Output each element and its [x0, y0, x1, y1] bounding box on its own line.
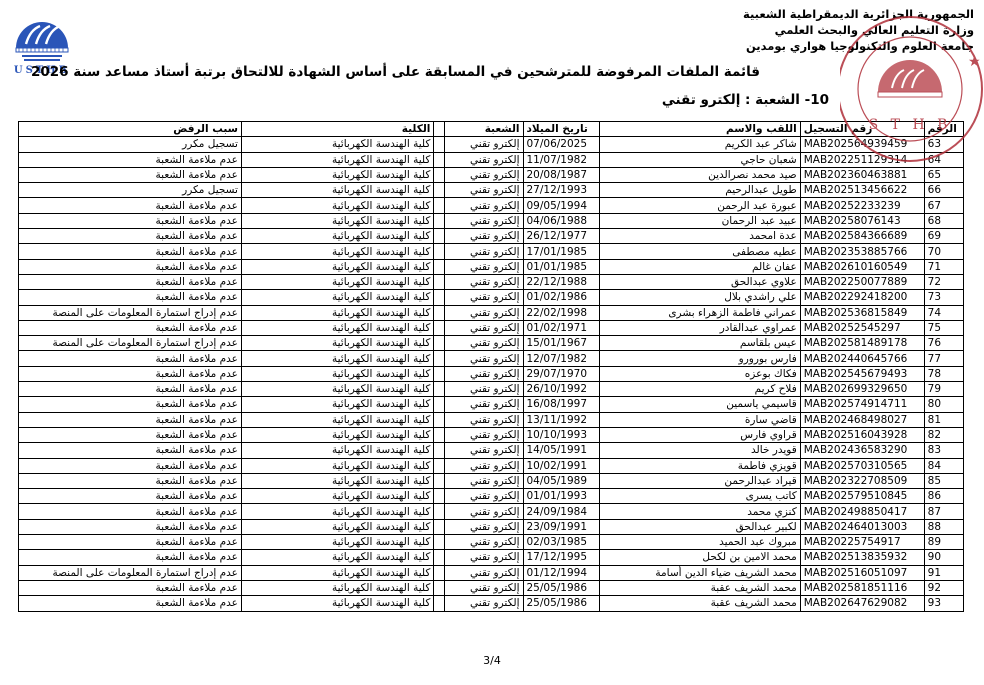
cell-number: 69 [924, 229, 963, 244]
cell-branch: إلكترو تقني [445, 290, 523, 305]
table-row: 87MAB202498850417كنزي محمد24/09/1984إلكت… [19, 504, 964, 519]
col-header-faculty: الكلية [241, 122, 433, 137]
document-title: قائمة الملفات المرفوضة للمترشحين في المس… [200, 64, 760, 80]
table-row: 84MAB202570310565قويزي فاطمة10/02/1991إل… [19, 458, 964, 473]
cell-spacer [434, 519, 445, 534]
cell-birthdate: 26/10/1992 [523, 382, 599, 397]
cell-spacer [434, 489, 445, 504]
cell-registration: MAB202584366689 [800, 229, 924, 244]
cell-name: كاتب يسرى [599, 489, 800, 504]
cell-spacer [434, 565, 445, 580]
cell-reason: عدم ملاءمة الشعبة [19, 550, 242, 565]
table-row: 78MAB202545679493فكاك بوعزه29/07/1970إلك… [19, 366, 964, 381]
cell-name: علاوي عبدالحق [599, 274, 800, 289]
cell-registration: MAB202536815849 [800, 305, 924, 320]
cell-number: 73 [924, 290, 963, 305]
cell-spacer [434, 473, 445, 488]
cell-birthdate: 27/12/1993 [523, 183, 599, 198]
header-line-ministry: وزارة التعليم العالي والبحث العلمي [743, 22, 974, 38]
cell-faculty: كلية الهندسة الكهربائية [241, 443, 433, 458]
cell-birthdate: 17/01/1985 [523, 244, 599, 259]
cell-branch: إلكترو تقني [445, 489, 523, 504]
cell-registration: MAB202545679493 [800, 366, 924, 381]
table-row: 71MAB202610160549عفان غالم01/01/1985إلكت… [19, 259, 964, 274]
table-row: 83MAB202436583290قويدر خالد14/05/1991إلك… [19, 443, 964, 458]
government-header: الجمهورية الجزائرية الديمقراطية الشعبية … [743, 6, 974, 54]
cell-registration: MAB202574914711 [800, 397, 924, 412]
cell-reason: عدم ملاءمة الشعبة [19, 167, 242, 182]
cell-spacer [434, 366, 445, 381]
cell-branch: إلكترو تقني [445, 152, 523, 167]
cell-number: 66 [924, 183, 963, 198]
cell-number: 85 [924, 473, 963, 488]
cell-reason: عدم ملاءمة الشعبة [19, 443, 242, 458]
cell-registration: MAB202699329650 [800, 382, 924, 397]
cell-name: مبروك عبد الحميد [599, 535, 800, 550]
cell-spacer [434, 427, 445, 442]
cell-spacer [434, 351, 445, 366]
cell-reason: عدم ملاءمة الشعبة [19, 535, 242, 550]
cell-faculty: كلية الهندسة الكهربائية [241, 183, 433, 198]
cell-spacer [434, 412, 445, 427]
cell-spacer [434, 259, 445, 274]
rejected-candidates-table: الرقم رقم التسجيل اللقب والاسم تاريخ الم… [18, 121, 964, 612]
table-row: 72MAB202250077889علاوي عبدالحق22/12/1988… [19, 274, 964, 289]
cell-branch: إلكترو تقني [445, 137, 523, 152]
cell-name: محمد الشريف عقبة [599, 596, 800, 611]
table-row: 64MAB202251129314شعبان حاجي11/07/1982إلك… [19, 152, 964, 167]
cell-registration: MAB202564939459 [800, 137, 924, 152]
cell-name: محمد الشريف عقبة [599, 580, 800, 595]
cell-name: عبورة عبد الرحمن [599, 198, 800, 213]
cell-branch: إلكترو تقني [445, 596, 523, 611]
cell-reason: عدم إدراج استمارة المعلومات على المنصة [19, 565, 242, 580]
table-row: 74MAB202536815849عمراني فاطمة الزهراء بش… [19, 305, 964, 320]
table-row: 80MAB202574914711قاسيمي ياسمين16/08/1997… [19, 397, 964, 412]
col-header-reason: سبب الرفض [19, 122, 242, 137]
table-row: 77MAB202440645766فارس بورورو12/07/1982إل… [19, 351, 964, 366]
cell-faculty: كلية الهندسة الكهربائية [241, 580, 433, 595]
cell-birthdate: 12/07/1982 [523, 351, 599, 366]
cell-faculty: كلية الهندسة الكهربائية [241, 366, 433, 381]
cell-spacer [434, 274, 445, 289]
cell-registration: MAB202353885766 [800, 244, 924, 259]
cell-branch: إلكترو تقني [445, 550, 523, 565]
cell-name: قويزي فاطمة [599, 458, 800, 473]
cell-reason: عدم ملاءمة الشعبة [19, 458, 242, 473]
cell-birthdate: 01/12/1994 [523, 565, 599, 580]
cell-name: عطيه مصطفى [599, 244, 800, 259]
cell-birthdate: 29/07/1970 [523, 366, 599, 381]
cell-birthdate: 01/01/1993 [523, 489, 599, 504]
cell-name: فارس بورورو [599, 351, 800, 366]
table-row: 82MAB202516043928قراوي فارس10/10/1993إلك… [19, 427, 964, 442]
cell-registration: MAB20258076143 [800, 213, 924, 228]
cell-name: كنزي محمد [599, 504, 800, 519]
cell-spacer [434, 183, 445, 198]
cell-branch: إلكترو تقني [445, 167, 523, 182]
table-row: 70MAB202353885766عطيه مصطفى17/01/1985إلك… [19, 244, 964, 259]
cell-name: عدة امحمد [599, 229, 800, 244]
cell-registration: MAB202581489178 [800, 336, 924, 351]
col-header-number: الرقم [924, 122, 963, 137]
cell-reason: عدم ملاءمة الشعبة [19, 580, 242, 595]
cell-number: 68 [924, 213, 963, 228]
cell-number: 87 [924, 504, 963, 519]
cell-name: عيس بلقاسم [599, 336, 800, 351]
cell-birthdate: 04/06/1988 [523, 213, 599, 228]
cell-registration: MAB20225754917 [800, 535, 924, 550]
svg-text:★: ★ [968, 54, 981, 70]
cell-registration: MAB202516051097 [800, 565, 924, 580]
table-row: 65MAB202360463881صيد محمد نصرالدين20/08/… [19, 167, 964, 182]
cell-spacer [434, 397, 445, 412]
cell-number: 81 [924, 412, 963, 427]
table-header-row: الرقم رقم التسجيل اللقب والاسم تاريخ الم… [19, 122, 964, 137]
cell-registration: MAB20252545297 [800, 320, 924, 335]
cell-branch: إلكترو تقني [445, 366, 523, 381]
cell-branch: إلكترو تقني [445, 473, 523, 488]
cell-spacer [434, 320, 445, 335]
cell-faculty: كلية الهندسة الكهربائية [241, 519, 433, 534]
cell-faculty: كلية الهندسة الكهربائية [241, 397, 433, 412]
table-row: 79MAB202699329650فلاح كريم26/10/1992إلكت… [19, 382, 964, 397]
cell-spacer [434, 152, 445, 167]
cell-number: 86 [924, 489, 963, 504]
cell-registration: MAB202610160549 [800, 259, 924, 274]
table-row: 85MAB202322708509قيراد عبدالرحمن04/05/19… [19, 473, 964, 488]
cell-reason: عدم ملاءمة الشعبة [19, 489, 242, 504]
table-row: 93MAB202647629082محمد الشريف عقبة25/05/1… [19, 596, 964, 611]
cell-spacer [434, 336, 445, 351]
table-row: 86MAB202579510845كاتب يسرى01/01/1993إلكت… [19, 489, 964, 504]
table-row: 69MAB202584366689عدة امحمد26/12/1977إلكت… [19, 229, 964, 244]
cell-name: عمراوي عبدالقادر [599, 320, 800, 335]
cell-birthdate: 10/10/1993 [523, 427, 599, 442]
cell-name: طويل عبدالرحيم [599, 183, 800, 198]
cell-number: 88 [924, 519, 963, 534]
cell-name: شاكر عبد الكريم [599, 137, 800, 152]
cell-faculty: كلية الهندسة الكهربائية [241, 489, 433, 504]
cell-birthdate: 09/05/1994 [523, 198, 599, 213]
table-row: 63MAB202564939459شاكر عبد الكريم07/06/20… [19, 137, 964, 152]
table-row: 75MAB20252545297عمراوي عبدالقادر01/02/19… [19, 320, 964, 335]
cell-faculty: كلية الهندسة الكهربائية [241, 213, 433, 228]
cell-branch: إلكترو تقني [445, 535, 523, 550]
table-row: 88MAB202464013003لكبير عبدالحق23/09/1991… [19, 519, 964, 534]
cell-reason: عدم ملاءمة الشعبة [19, 320, 242, 335]
cell-faculty: كلية الهندسة الكهربائية [241, 167, 433, 182]
cell-birthdate: 25/05/1986 [523, 596, 599, 611]
cell-number: 89 [924, 535, 963, 550]
cell-name: فلاح كريم [599, 382, 800, 397]
cell-birthdate: 10/02/1991 [523, 458, 599, 473]
cell-spacer [434, 550, 445, 565]
cell-number: 67 [924, 198, 963, 213]
cell-birthdate: 23/09/1991 [523, 519, 599, 534]
cell-branch: إلكترو تقني [445, 336, 523, 351]
cell-spacer [434, 137, 445, 152]
cell-reason: عدم ملاءمة الشعبة [19, 382, 242, 397]
cell-spacer [434, 198, 445, 213]
table-row: 91MAB202516051097محمد الشريف ضياء الدين … [19, 565, 964, 580]
cell-faculty: كلية الهندسة الكهربائية [241, 320, 433, 335]
branch-subtitle: 10- الشعبة : إلكترو تقني [662, 92, 829, 108]
cell-faculty: كلية الهندسة الكهربائية [241, 458, 433, 473]
cell-name: عفان غالم [599, 259, 800, 274]
cell-number: 63 [924, 137, 963, 152]
cell-number: 90 [924, 550, 963, 565]
cell-reason: عدم ملاءمة الشعبة [19, 152, 242, 167]
cell-name: علي راشدي بلال [599, 290, 800, 305]
table-row: 66MAB202513456622طويل عبدالرحيم27/12/199… [19, 183, 964, 198]
cell-number: 64 [924, 152, 963, 167]
cell-birthdate: 25/05/1986 [523, 580, 599, 595]
cell-faculty: كلية الهندسة الكهربائية [241, 427, 433, 442]
cell-birthdate: 13/11/1992 [523, 412, 599, 427]
cell-reason: عدم ملاءمة الشعبة [19, 290, 242, 305]
cell-reason: تسجيل مكرر [19, 183, 242, 198]
cell-number: 82 [924, 427, 963, 442]
cell-branch: إلكترو تقني [445, 229, 523, 244]
cell-spacer [434, 504, 445, 519]
cell-reason: تسجيل مكرر [19, 137, 242, 152]
cell-name: محمد الامين بن لكحل [599, 550, 800, 565]
cell-reason: عدم إدراج استمارة المعلومات على المنصة [19, 305, 242, 320]
cell-birthdate: 14/05/1991 [523, 443, 599, 458]
col-header-spacer [434, 122, 445, 137]
cell-registration: MAB202360463881 [800, 167, 924, 182]
cell-number: 71 [924, 259, 963, 274]
cell-branch: إلكترو تقني [445, 244, 523, 259]
cell-number: 91 [924, 565, 963, 580]
cell-birthdate: 17/12/1995 [523, 550, 599, 565]
cell-number: 65 [924, 167, 963, 182]
cell-faculty: كلية الهندسة الكهربائية [241, 229, 433, 244]
cell-branch: إلكترو تقني [445, 458, 523, 473]
cell-name: صيد محمد نصرالدين [599, 167, 800, 182]
cell-branch: إلكترو تقني [445, 412, 523, 427]
cell-branch: إلكترو تقني [445, 320, 523, 335]
table-row: 76MAB202581489178عيس بلقاسم15/01/1967إلك… [19, 336, 964, 351]
cell-branch: إلكترو تقني [445, 397, 523, 412]
cell-birthdate: 20/08/1987 [523, 167, 599, 182]
cell-spacer [434, 244, 445, 259]
cell-faculty: كلية الهندسة الكهربائية [241, 596, 433, 611]
cell-birthdate: 07/06/2025 [523, 137, 599, 152]
cell-faculty: كلية الهندسة الكهربائية [241, 274, 433, 289]
cell-faculty: كلية الهندسة الكهربائية [241, 305, 433, 320]
cell-birthdate: 02/03/1985 [523, 535, 599, 550]
cell-faculty: كلية الهندسة الكهربائية [241, 504, 433, 519]
cell-registration: MAB202579510845 [800, 489, 924, 504]
cell-reason: عدم ملاءمة الشعبة [19, 198, 242, 213]
cell-branch: إلكترو تقني [445, 183, 523, 198]
cell-reason: عدم ملاءمة الشعبة [19, 213, 242, 228]
cell-faculty: كلية الهندسة الكهربائية [241, 244, 433, 259]
cell-branch: إلكترو تقني [445, 382, 523, 397]
cell-number: 79 [924, 382, 963, 397]
cell-reason: عدم ملاءمة الشعبة [19, 259, 242, 274]
cell-registration: MAB202516043928 [800, 427, 924, 442]
cell-reason: عدم ملاءمة الشعبة [19, 274, 242, 289]
cell-registration: MAB202468498027 [800, 412, 924, 427]
cell-reason: عدم ملاءمة الشعبة [19, 229, 242, 244]
col-header-registration: رقم التسجيل [800, 122, 924, 137]
cell-number: 80 [924, 397, 963, 412]
cell-faculty: كلية الهندسة الكهربائية [241, 535, 433, 550]
cell-spacer [434, 458, 445, 473]
cell-birthdate: 11/07/1982 [523, 152, 599, 167]
cell-branch: إلكترو تقني [445, 198, 523, 213]
cell-registration: MAB202570310565 [800, 458, 924, 473]
table-row: 68MAB20258076143عبيد عبد الرحمان04/06/19… [19, 213, 964, 228]
cell-spacer [434, 596, 445, 611]
cell-number: 76 [924, 336, 963, 351]
cell-reason: عدم ملاءمة الشعبة [19, 596, 242, 611]
cell-faculty: كلية الهندسة الكهربائية [241, 137, 433, 152]
cell-spacer [434, 213, 445, 228]
cell-number: 83 [924, 443, 963, 458]
cell-birthdate: 01/02/1971 [523, 320, 599, 335]
cell-name: عمراني فاطمة الزهراء بشرى [599, 305, 800, 320]
cell-faculty: كلية الهندسة الكهربائية [241, 290, 433, 305]
col-header-birthdate: تاريخ الميلاد [523, 122, 599, 137]
cell-registration: MAB202440645766 [800, 351, 924, 366]
col-header-name: اللقب والاسم [599, 122, 800, 137]
cell-name: قيراد عبدالرحمن [599, 473, 800, 488]
cell-branch: إلكترو تقني [445, 443, 523, 458]
cell-number: 72 [924, 274, 963, 289]
cell-branch: إلكترو تقني [445, 504, 523, 519]
cell-reason: عدم ملاءمة الشعبة [19, 351, 242, 366]
cell-registration: MAB202513835932 [800, 550, 924, 565]
cell-reason: عدم ملاءمة الشعبة [19, 504, 242, 519]
header-line-republic: الجمهورية الجزائرية الديمقراطية الشعبية [743, 6, 974, 22]
cell-name: قراوي فارس [599, 427, 800, 442]
table-row: 90MAB202513835932محمد الامين بن لكحل17/1… [19, 550, 964, 565]
cell-birthdate: 01/02/1986 [523, 290, 599, 305]
header-line-university: جامعة العلوم والتكنولوجيا هواري بومدين [743, 38, 974, 54]
cell-name: قاضي سارة [599, 412, 800, 427]
cell-number: 75 [924, 320, 963, 335]
cell-registration: MAB202498850417 [800, 504, 924, 519]
cell-spacer [434, 382, 445, 397]
cell-registration: MAB202322708509 [800, 473, 924, 488]
cell-registration: MAB202513456622 [800, 183, 924, 198]
cell-registration: MAB202250077889 [800, 274, 924, 289]
cell-spacer [434, 580, 445, 595]
table-row: 67MAB20252233239عبورة عبد الرحمن09/05/19… [19, 198, 964, 213]
cell-branch: إلكترو تقني [445, 565, 523, 580]
cell-name: لكبير عبدالحق [599, 519, 800, 534]
cell-registration: MAB202292418200 [800, 290, 924, 305]
cell-birthdate: 22/02/1998 [523, 305, 599, 320]
cell-registration: MAB202647629082 [800, 596, 924, 611]
cell-registration: MAB20252233239 [800, 198, 924, 213]
cell-name: محمد الشريف ضياء الدين أسامة [599, 565, 800, 580]
cell-spacer [434, 305, 445, 320]
cell-birthdate: 26/12/1977 [523, 229, 599, 244]
cell-number: 70 [924, 244, 963, 259]
cell-branch: إلكترو تقني [445, 305, 523, 320]
table-row: 92MAB202581851116محمد الشريف عقبة25/05/1… [19, 580, 964, 595]
cell-birthdate: 22/12/1988 [523, 274, 599, 289]
cell-branch: إلكترو تقني [445, 351, 523, 366]
cell-spacer [434, 443, 445, 458]
cell-birthdate: 01/01/1985 [523, 259, 599, 274]
cell-number: 93 [924, 596, 963, 611]
cell-reason: عدم ملاءمة الشعبة [19, 473, 242, 488]
cell-reason: عدم ملاءمة الشعبة [19, 397, 242, 412]
cell-branch: إلكترو تقني [445, 519, 523, 534]
cell-number: 84 [924, 458, 963, 473]
cell-spacer [434, 167, 445, 182]
cell-spacer [434, 535, 445, 550]
cell-registration: MAB202251129314 [800, 152, 924, 167]
cell-branch: إلكترو تقني [445, 580, 523, 595]
cell-registration: MAB202436583290 [800, 443, 924, 458]
page-number: 3/4 [0, 654, 984, 667]
cell-reason: عدم إدراج استمارة المعلومات على المنصة [19, 336, 242, 351]
cell-number: 74 [924, 305, 963, 320]
cell-faculty: كلية الهندسة الكهربائية [241, 259, 433, 274]
cell-reason: عدم ملاءمة الشعبة [19, 519, 242, 534]
cell-birthdate: 24/09/1984 [523, 504, 599, 519]
cell-branch: إلكترو تقني [445, 274, 523, 289]
cell-number: 92 [924, 580, 963, 595]
cell-branch: إلكترو تقني [445, 427, 523, 442]
table-row: 73MAB202292418200علي راشدي بلال01/02/198… [19, 290, 964, 305]
table-row: 89MAB20225754917مبروك عبد الحميد02/03/19… [19, 535, 964, 550]
cell-registration: MAB202581851116 [800, 580, 924, 595]
cell-branch: إلكترو تقني [445, 259, 523, 274]
cell-reason: عدم ملاءمة الشعبة [19, 427, 242, 442]
cell-name: عبيد عبد الرحمان [599, 213, 800, 228]
cell-number: 78 [924, 366, 963, 381]
cell-reason: عدم ملاءمة الشعبة [19, 412, 242, 427]
cell-faculty: كلية الهندسة الكهربائية [241, 351, 433, 366]
cell-faculty: كلية الهندسة الكهربائية [241, 550, 433, 565]
cell-birthdate: 04/05/1989 [523, 473, 599, 488]
cell-faculty: كلية الهندسة الكهربائية [241, 412, 433, 427]
cell-name: قاسيمي ياسمين [599, 397, 800, 412]
cell-faculty: كلية الهندسة الكهربائية [241, 198, 433, 213]
cell-reason: عدم ملاءمة الشعبة [19, 244, 242, 259]
cell-faculty: كلية الهندسة الكهربائية [241, 336, 433, 351]
cell-branch: إلكترو تقني [445, 213, 523, 228]
cell-name: فكاك بوعزه [599, 366, 800, 381]
cell-faculty: كلية الهندسة الكهربائية [241, 152, 433, 167]
col-header-branch: الشعبة [445, 122, 523, 137]
cell-registration: MAB202464013003 [800, 519, 924, 534]
cell-faculty: كلية الهندسة الكهربائية [241, 382, 433, 397]
cell-spacer [434, 229, 445, 244]
table-row: 81MAB202468498027قاضي سارة13/11/1992إلكت… [19, 412, 964, 427]
cell-number: 77 [924, 351, 963, 366]
cell-reason: عدم ملاءمة الشعبة [19, 366, 242, 381]
cell-faculty: كلية الهندسة الكهربائية [241, 565, 433, 580]
cell-name: قويدر خالد [599, 443, 800, 458]
cell-faculty: كلية الهندسة الكهربائية [241, 473, 433, 488]
cell-name: شعبان حاجي [599, 152, 800, 167]
cell-spacer [434, 290, 445, 305]
cell-birthdate: 16/08/1997 [523, 397, 599, 412]
cell-birthdate: 15/01/1967 [523, 336, 599, 351]
